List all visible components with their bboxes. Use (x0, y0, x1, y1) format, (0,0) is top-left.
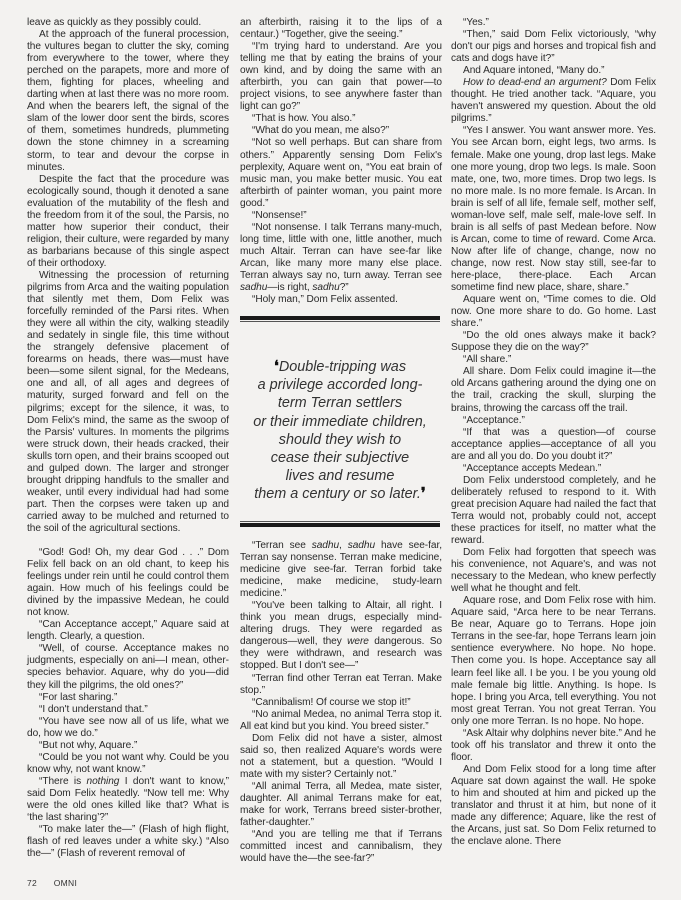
page-folio: 72 OMNI (27, 878, 77, 888)
text-column-2-top: an afterbirth, raising it to the lips of… (240, 17, 442, 306)
paragraph: “Acceptance accepts Medean.” (451, 463, 656, 475)
paragraph: “Then,” said Dom Felix victoriously, “wh… (451, 29, 656, 65)
paragraph: “What do you mean, me also?” (240, 125, 442, 137)
paragraph: “Acceptance.” (451, 415, 656, 427)
close-quote-icon: ❜ (421, 485, 426, 502)
pull-quote: ❛Double-tripping was a privilege accorde… (240, 358, 440, 504)
paragraph: leave as quickly as they possibly could. (27, 17, 229, 29)
paragraph: “Yes.” (451, 17, 656, 29)
paragraph: “But not why, Aquare.” (27, 740, 229, 752)
pull-quote-line: should they wish to (240, 431, 440, 449)
text-column-1: leave as quickly as they possibly could.… (27, 17, 229, 860)
pull-quote-line: a privilege accorded long- (240, 376, 440, 394)
paragraph: “And you are telling me that if Terrans … (240, 829, 442, 865)
paragraph: Witnessing the procession of returning p… (27, 270, 229, 535)
pull-quote-line: ❛Double-tripping was (240, 358, 440, 376)
paragraph: Dom Felix did not have a sister, almost … (240, 733, 442, 781)
paragraph: All share. Dom Felix could imagine it—th… (451, 366, 656, 414)
pull-quote-line: lives and resume (240, 467, 440, 485)
paragraph: “No animal Medea, no animal Terra stop i… (240, 709, 442, 733)
paragraph: “Terran find other Terran eat Terran. Ma… (240, 673, 442, 697)
paragraph: “There is nothing I don't want to know,”… (27, 776, 229, 824)
pull-quote-line: them a century or so later.❜ (240, 485, 440, 503)
paragraph: Dom Felix had forgotten that speech was … (451, 547, 656, 595)
paragraph: “Not so well perhaps. But can share from… (240, 137, 442, 209)
paragraph: “Yes I answer. You want answer more. Yes… (451, 125, 656, 294)
text-column-3: “Yes.” “Then,” said Dom Felix victorious… (451, 17, 656, 848)
paragraph: Dom Felix understood completely, and he … (451, 475, 656, 547)
paragraph: “Not nonsense. I talk Terrans many-much,… (240, 222, 442, 294)
paragraph: Despite the fact that the procedure was … (27, 174, 229, 270)
paragraph: “Ask Altair why dolphins never bite.” An… (451, 728, 656, 764)
paragraph: “Do the old ones always make it back? Su… (451, 330, 656, 354)
pull-quote-line: or their immediate children, (240, 413, 440, 431)
paragraph: At the approach of the funeral processio… (27, 29, 229, 174)
magazine-page: leave as quickly as they possibly could.… (0, 0, 681, 900)
paragraph: “I don't understand that.” (27, 704, 229, 716)
paragraph: an afterbirth, raising it to the lips of… (240, 17, 442, 41)
paragraph: “Can Acceptance accept,” Aquare said at … (27, 619, 229, 643)
pull-quote-line: cease their subjective (240, 449, 440, 467)
paragraph: “All share.” (451, 354, 656, 366)
pull-quote-top-rule (240, 316, 440, 322)
paragraph: Aquare went on, “Time comes to die. Old … (451, 294, 656, 330)
page-number: 72 (27, 878, 37, 888)
magazine-name: OMNI (54, 878, 77, 888)
paragraph: “That is how. You also.” (240, 113, 442, 125)
paragraph: And Aquare intoned, “Many do.” (451, 65, 656, 77)
paragraph: “For last sharing.” (27, 692, 229, 704)
pull-quote-line: term Terran settlers (240, 394, 440, 412)
paragraph: “You have see now all of us life, what w… (27, 716, 229, 740)
paragraph: “To make later the—” (Flash of high flig… (27, 824, 229, 860)
paragraph: “God! God! Oh, my dear God . . .” Dom Fe… (27, 547, 229, 619)
paragraph: “Well, of course. Acceptance makes no ju… (27, 643, 229, 691)
paragraph: How to dead-end an argument? Dom Felix t… (451, 77, 656, 125)
paragraph: “I'm trying hard to understand. Are you … (240, 41, 442, 113)
paragraph: Aquare rose, and Dom Felix rose with him… (451, 595, 656, 728)
text-column-2-bottom: “Terran see sadhu, sadhu have see-far, T… (240, 540, 442, 865)
paragraph: “All animal Terra, all Medea, mate siste… (240, 781, 442, 829)
paragraph: “If that was a question—of course accept… (451, 427, 656, 463)
paragraph: “You've been talking to Altair, all righ… (240, 600, 442, 672)
pull-quote-bottom-rule (240, 521, 440, 527)
paragraph: “Nonsense!” (240, 210, 442, 222)
paragraph: “Cannibalism! Of course we stop it!” (240, 697, 442, 709)
paragraph: And Dom Felix stood for a long time afte… (451, 764, 656, 848)
paragraph: “Could be you not want why. Could be you… (27, 752, 229, 776)
paragraph: “Holy man,” Dom Felix assented. (240, 294, 442, 306)
paragraph: “Terran see sadhu, sadhu have see-far, T… (240, 540, 442, 600)
